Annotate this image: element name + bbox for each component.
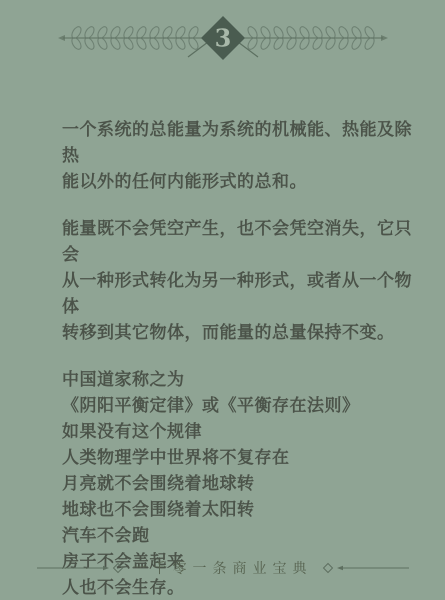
chapter-number-badge: 3 — [201, 16, 245, 60]
header-divider-ornament: 3 — [0, 14, 445, 64]
footer-rule-right — [321, 560, 409, 576]
text-card: 3 一个系统的总能量为系统的机械能、热能及除热 能以外的任何内能形式的总和。 能… — [0, 0, 445, 600]
laurel-branch-left — [58, 25, 208, 57]
paragraph-energy-conservation: 能量既不会凭空产生，也不会凭空消失，它只会 从一种形式转化为另一种形式，或者从一… — [62, 216, 424, 346]
footer-rule-left — [37, 560, 125, 576]
laurel-divider-graphic: 3 — [55, 14, 391, 64]
laurel-branch-right — [238, 25, 388, 57]
footer: 一千零一条商业宝典 — [0, 558, 445, 578]
body-text: 一个系统的总能量为系统的机械能、热能及除热 能以外的任何内能形式的总和。 能量既… — [62, 117, 424, 600]
footer-title: 一千零一条商业宝典 — [133, 558, 313, 578]
chapter-number: 3 — [214, 24, 231, 53]
paragraph-energy-definition: 一个系统的总能量为系统的机械能、热能及除热 能以外的任何内能形式的总和。 — [62, 117, 424, 195]
